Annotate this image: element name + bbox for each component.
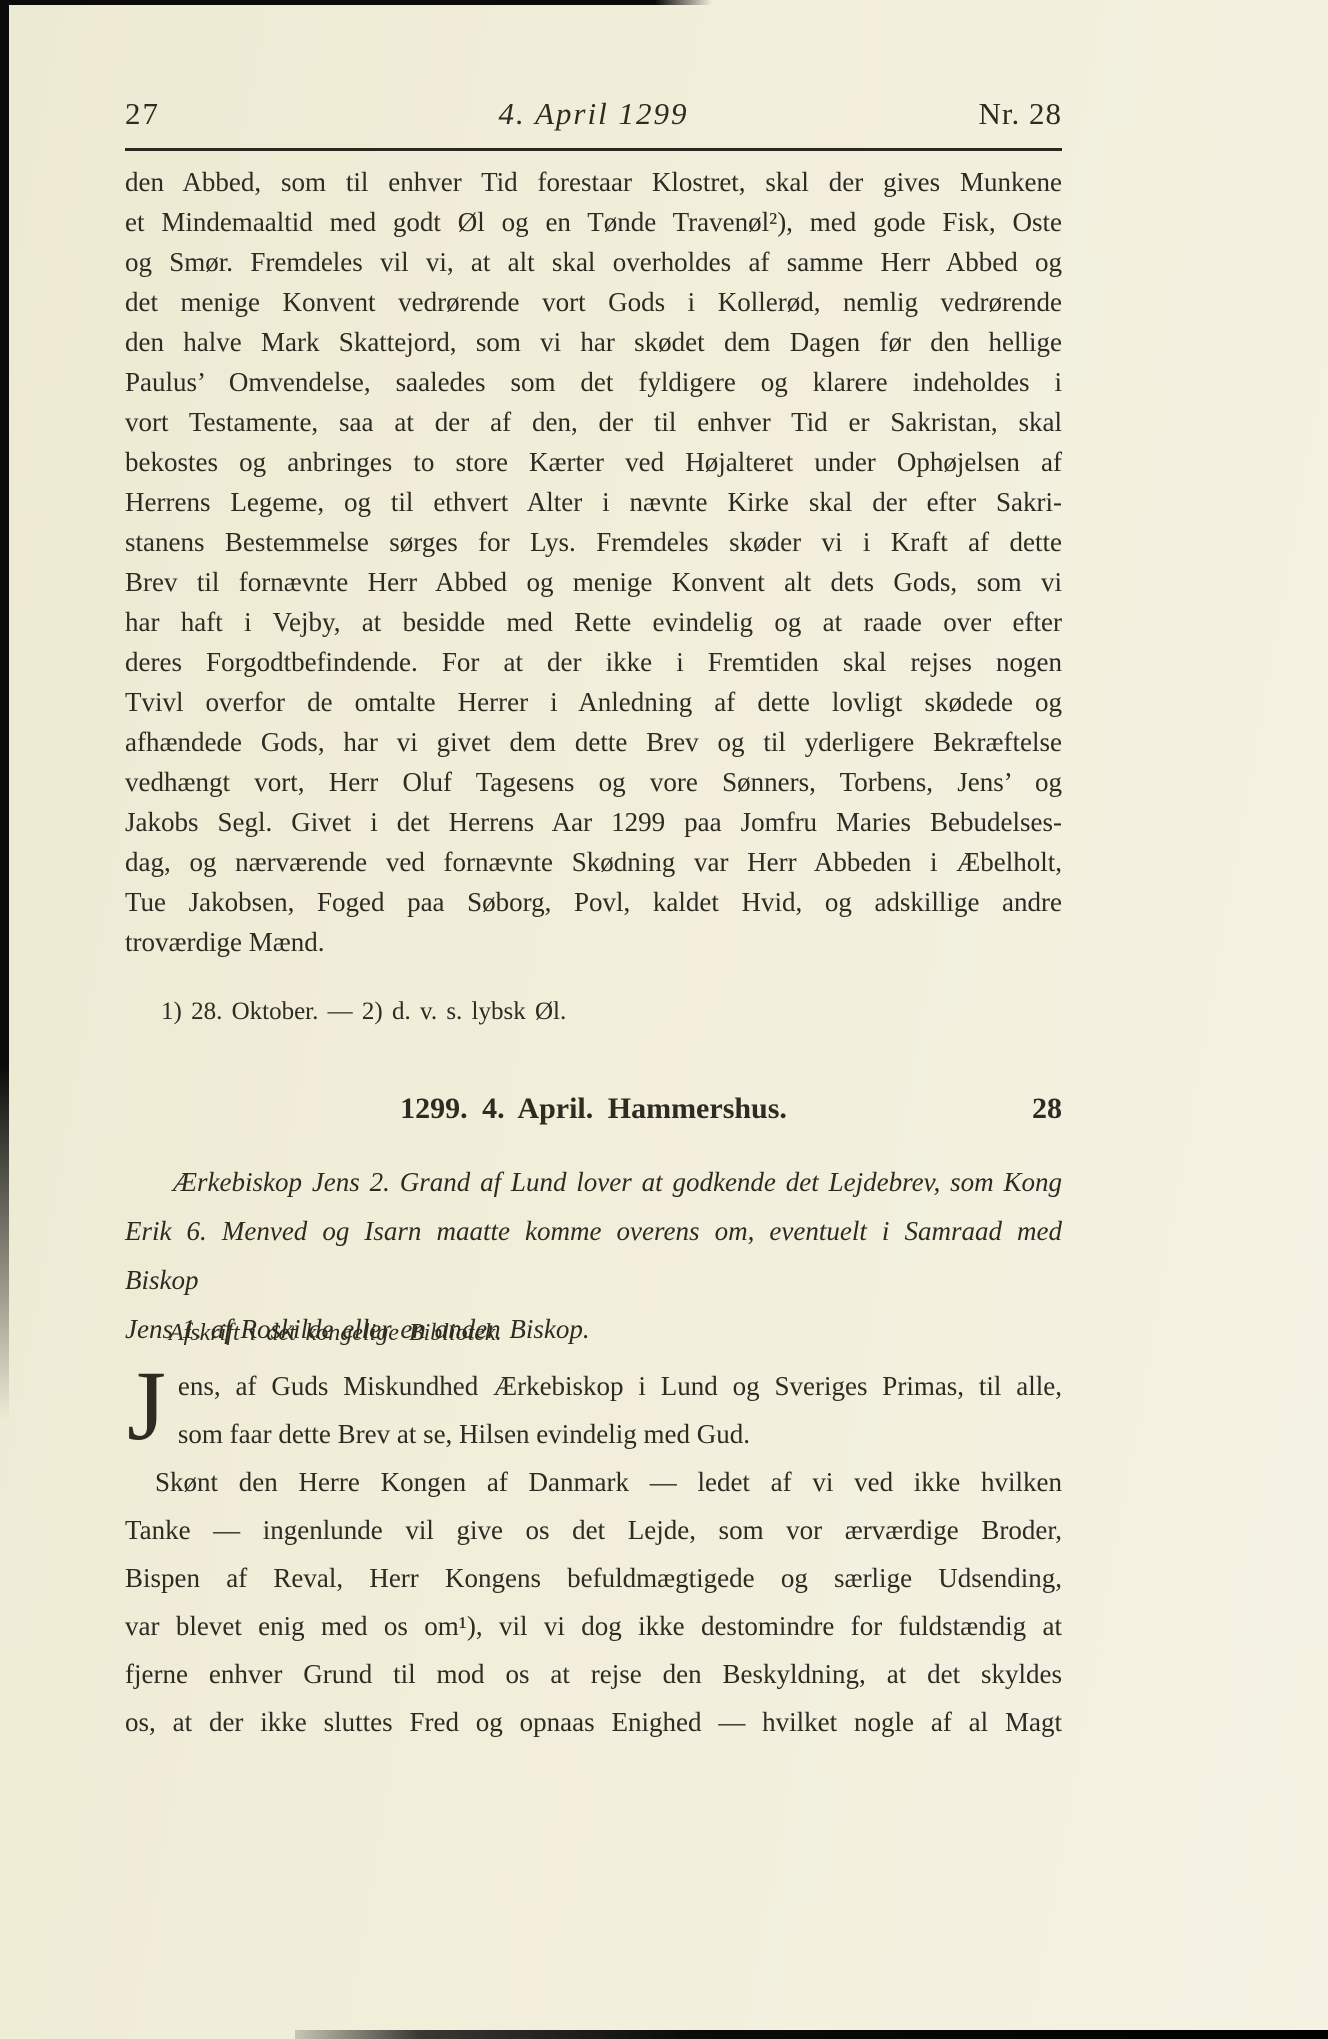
summary-line: Ærkebiskop Jens 2. Grand af Lund lover a… xyxy=(125,1158,1062,1207)
text-line: deres Forgodtbefindende. For at der ikke… xyxy=(125,642,1062,682)
text-line: Tvivl overfor de omtalte Herrer i Anledn… xyxy=(125,682,1062,722)
text-line: afhændede Gods, har vi givet dem dette B… xyxy=(125,722,1062,762)
entry-28-heading: 1299. 4. April. Hammershus. 28 xyxy=(125,1092,1062,1126)
text-line: Brev til fornævnte Herr Abbed og menige … xyxy=(125,562,1062,602)
entry-28-heading-number: 28 xyxy=(1032,1092,1062,1126)
scan-edge-bottom xyxy=(295,2030,1328,2039)
text-line: Tanke — ingenlunde vil give os det Lejde… xyxy=(125,1506,1062,1554)
text-line: var blevet enig med os om¹), vil vi dog … xyxy=(125,1602,1062,1650)
text-line: os, at der ikke sluttes Fred og opnaas E… xyxy=(125,1698,1062,1746)
text-line: Jakobs Segl. Givet i det Herrens Aar 129… xyxy=(125,802,1062,842)
text-line: bekostes og anbringes to store Kærter ve… xyxy=(125,442,1062,482)
drop-cap-letter: J xyxy=(125,1362,178,1454)
text-line: Tue Jakobsen, Foged paa Søborg, Povl, ka… xyxy=(125,882,1062,922)
text-line: dag, og nærværende ved fornævnte Skødnin… xyxy=(125,842,1062,882)
text-line: den halve Mark Skattejord, som vi har sk… xyxy=(125,322,1062,362)
entry-28-heading-title: 1299. 4. April. Hammershus. xyxy=(400,1092,787,1125)
scan-edge-left xyxy=(0,0,9,1420)
text-line: den Abbed, som til enhver Tid forestaar … xyxy=(125,162,1062,202)
entry-28-source-note: Afskrift i det kongelige Bibliotek. xyxy=(125,1320,1062,1347)
text-line: vort Testamente, saa at der af den, der … xyxy=(125,402,1062,442)
text-line: stanens Bestemmelse sørges for Lys. Frem… xyxy=(125,522,1062,562)
text-line: Paulus’ Omvendelse, saaledes som det fyl… xyxy=(125,362,1062,402)
text-line: Skønt den Herre Kongen af Danmark — lede… xyxy=(125,1458,1062,1506)
running-header: 27 4. April 1299 Nr. 28 xyxy=(125,96,1062,138)
entry-27-footnotes: 1) 28. Oktober. — 2) d. v. s. lybsk Øl. xyxy=(125,998,1062,1026)
entry-28-opening-lines: ens, af Guds Miskundhed Ærkebiskop i Lun… xyxy=(125,1362,1062,1458)
book-page-scan: 27 4. April 1299 Nr. 28 den Abbed, som t… xyxy=(0,0,1328,2039)
scan-edge-top xyxy=(0,0,712,5)
header-rule xyxy=(125,148,1062,151)
running-header-date: 4. April 1299 xyxy=(125,96,1062,132)
text-line: og Smør. Fremdeles vil vi, at alt skal o… xyxy=(125,242,1062,282)
running-header-entry-number: Nr. 28 xyxy=(979,96,1063,132)
entry-27-body: den Abbed, som til enhver Tid forestaar … xyxy=(125,162,1062,962)
entry-28-paragraph: Skønt den Herre Kongen af Danmark — lede… xyxy=(125,1458,1062,1746)
text-line: ens, af Guds Miskundhed Ærkebiskop i Lun… xyxy=(125,1362,1062,1410)
text-line: troværdige Mænd. xyxy=(125,922,1062,962)
text-line: har haft i Vejby, at besidde med Rette e… xyxy=(125,602,1062,642)
entry-28-body: J ens, af Guds Miskundhed Ærkebiskop i L… xyxy=(125,1362,1062,1746)
text-line: Herrens Legeme, og til ethvert Alter i n… xyxy=(125,482,1062,522)
summary-line: Erik 6. Menved og Isarn maatte komme ove… xyxy=(125,1207,1062,1305)
text-line: det menige Konvent vedrørende vort Gods … xyxy=(125,282,1062,322)
text-line: Bispen af Reval, Herr Kongens befuldmægt… xyxy=(125,1554,1062,1602)
text-line: fjerne enhver Grund til mod os at rejse … xyxy=(125,1650,1062,1698)
text-line: et Mindemaaltid med godt Øl og en Tønde … xyxy=(125,202,1062,242)
text-line: vedhængt vort, Herr Oluf Tagesens og vor… xyxy=(125,762,1062,802)
text-line: som faar dette Brev at se, Hilsen evinde… xyxy=(125,1410,1062,1458)
